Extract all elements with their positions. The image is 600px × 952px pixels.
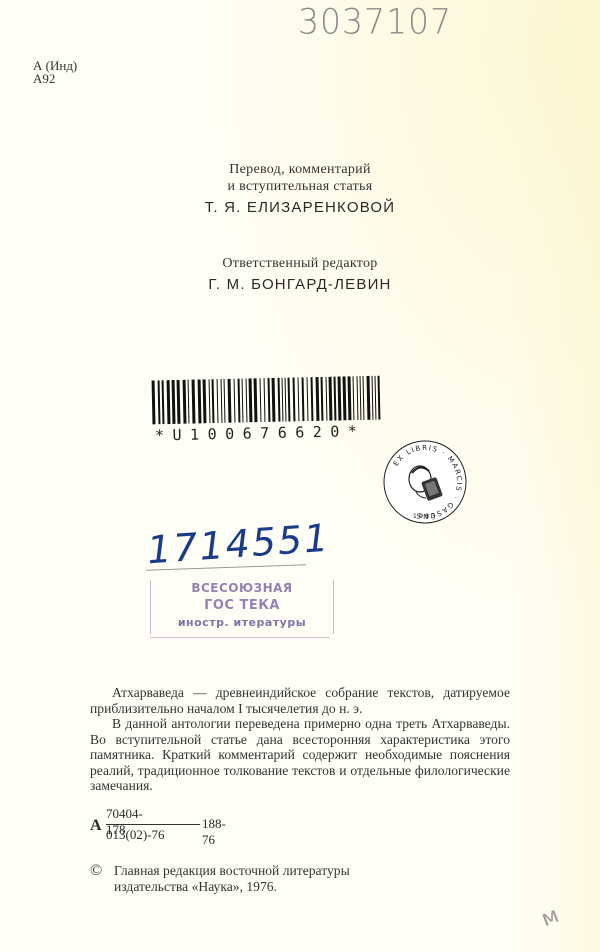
- exlibris-seal-icon: EX LIBRIS · MARCIS · GASŪNS 1983: [382, 439, 468, 525]
- translator-label-line-1: Перевод, комментарий: [0, 161, 600, 178]
- annotation-paragraph-2: В данной антологии переведена примерно о…: [90, 716, 510, 794]
- stamp-bottom-rule: [150, 637, 330, 638]
- editor-label: Ответственный редактор: [0, 255, 600, 272]
- annotation-paragraph-1: Атхарваведа — древнеиндийское собрание т…: [90, 685, 510, 716]
- code-denominator: 013(02)-76: [106, 827, 165, 843]
- stamp-line-1: ВСЕСОЮЗНАЯ: [151, 580, 333, 597]
- copyright-notice: © Главная редакция восточной литературы …: [90, 863, 350, 895]
- copyright-line-2: издательства «Наука», 1976.: [90, 879, 350, 895]
- code-letter: А: [90, 817, 102, 835]
- code-suffix: 188-76: [202, 816, 226, 848]
- book-annotation: Атхарваведа — древнеиндийское собрание т…: [90, 685, 510, 794]
- translator-name: Т. Я. ЕЛИЗАРЕНКОВОЙ: [0, 199, 600, 216]
- classification-code: А (Инд) А92: [33, 59, 77, 85]
- code-fraction-rule: [106, 824, 200, 825]
- svg-text:1983: 1983: [413, 512, 438, 520]
- copyright-icon: ©: [90, 863, 114, 879]
- library-stamp: ВСЕСОЮЗНАЯ ГОС ТЕКА иностр. итературы: [150, 580, 334, 634]
- editor-name: Г. М. БОНГАРД-ЛЕВИН: [0, 276, 600, 293]
- translator-label-line-2: и вступительная статья: [0, 178, 600, 195]
- handwritten-corner-mark: м: [538, 903, 563, 932]
- stamp-line-3: иностр. итературы: [151, 614, 333, 631]
- barcode-text: *U100676620*: [155, 422, 390, 445]
- translator-credit: Перевод, комментарий и вступительная ста…: [0, 161, 600, 216]
- copyright-line-1: Главная редакция восточной литературы: [114, 863, 350, 879]
- barcode-bars: [150, 378, 390, 422]
- stamp-line-2: ГОС ТЕКА: [151, 597, 333, 614]
- editor-credit: Ответственный редактор Г. М. БОНГАРД-ЛЕВ…: [0, 255, 600, 293]
- exlibris-seal: EX LIBRIS · MARCIS · GASŪNS 1983: [382, 439, 468, 525]
- library-barcode: *U100676620*: [150, 378, 390, 442]
- paper-background: [0, 0, 600, 952]
- classification-line-2: А92: [33, 72, 77, 85]
- handwritten-inventory-number: 3037107: [298, 1, 452, 42]
